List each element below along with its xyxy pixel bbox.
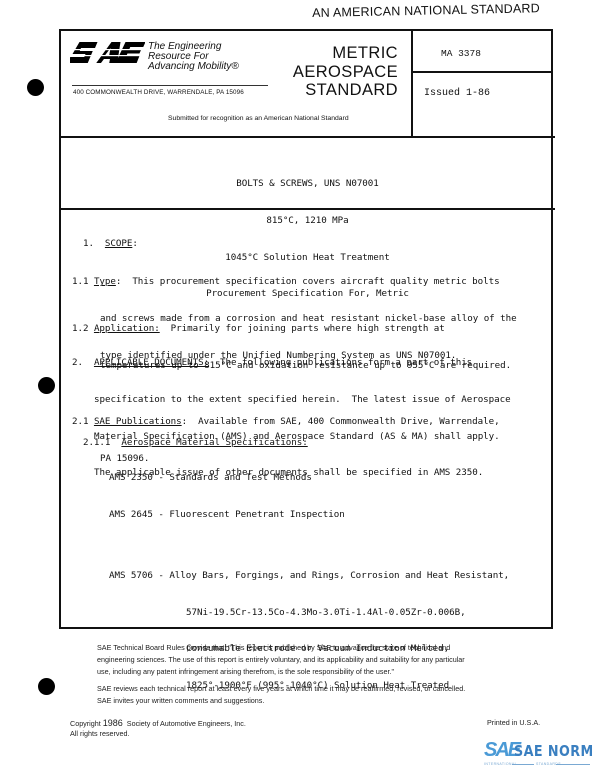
tagline-line: Advancing Mobility® bbox=[148, 62, 239, 72]
section-2-1-1: 2.1.1 Aerospace Material Specifications: bbox=[72, 425, 308, 449]
issued-date: Issued 1-86 bbox=[424, 88, 490, 99]
docnum-divider bbox=[412, 71, 553, 73]
watermark-rule bbox=[512, 764, 534, 765]
copyright: Copyright 1986 Society of Automotive Eng… bbox=[70, 718, 246, 728]
notice-line: engineering sciences. The use of this re… bbox=[97, 654, 527, 666]
header-vertical-divider bbox=[411, 29, 413, 137]
standard-type-line: METRIC bbox=[280, 44, 398, 63]
review-notice: SAE reviews each technical report at lea… bbox=[97, 683, 527, 707]
notice-line: SAE Technical Board Rules provide that: … bbox=[97, 642, 527, 654]
sae-norm-watermark: SAE SAE NORM INTERNATIONAL STANDARDS bbox=[484, 740, 519, 760]
document-number: MA 3378 bbox=[441, 48, 481, 59]
section-heading: Aerospace Material Specifications: bbox=[121, 437, 307, 448]
ams-code: AMS 2645 bbox=[109, 509, 153, 520]
sae-address: 400 COMMONWEALTH DRIVE, WARRENDALE, PA 1… bbox=[73, 89, 244, 96]
section-heading: SCOPE bbox=[105, 238, 132, 249]
ams-desc: Alloy Bars, Forgings, and Rings, Corrosi… bbox=[169, 570, 509, 581]
notice-line: SAE invites your written comments and su… bbox=[97, 695, 527, 707]
section-number: 1. bbox=[83, 238, 94, 249]
section-heading: Type bbox=[94, 276, 116, 287]
watermark-rule bbox=[556, 764, 590, 765]
binder-hole-middle bbox=[38, 377, 55, 394]
address-rule bbox=[72, 85, 268, 86]
title-line: 815°C, 1210 MPa bbox=[100, 215, 515, 227]
ams-item: AMS 2645 - Fluorescent Penetrant Inspect… bbox=[109, 509, 509, 521]
section-number: 2.1.1 bbox=[83, 437, 110, 448]
section-1-heading: 1. SCOPE: bbox=[72, 226, 138, 250]
notice-line: SAE reviews each technical report at lea… bbox=[97, 683, 527, 695]
notice-line: use, including any patent infringement a… bbox=[97, 666, 527, 678]
copyright-year: 1986 bbox=[103, 718, 123, 728]
printed-in: Printed in U.S.A. bbox=[487, 718, 540, 727]
technical-board-notice: SAE Technical Board Rules provide that: … bbox=[97, 642, 527, 678]
ams-code: AMS 2350 bbox=[109, 472, 153, 483]
ams-code: AMS 5706 bbox=[109, 570, 153, 581]
ams-desc: Standards and Test Methods bbox=[169, 472, 312, 483]
section-number: 2. bbox=[72, 357, 83, 368]
standard-type-line: AEROSPACE bbox=[280, 63, 398, 82]
sae-logo-icon bbox=[70, 40, 145, 74]
copyright-org: Society of Automotive Engineers, Inc. bbox=[127, 719, 246, 728]
binder-hole-top bbox=[27, 79, 44, 96]
american-national-standard-banner: AN AMERICAN NATIONAL STANDARD bbox=[312, 1, 540, 20]
sae-tagline: The Engineering Resource For Advancing M… bbox=[148, 42, 239, 72]
all-rights-reserved: All rights reserved. bbox=[70, 729, 130, 738]
standard-type: METRIC AEROSPACE STANDARD bbox=[280, 44, 398, 100]
binder-hole-bottom bbox=[38, 678, 55, 695]
title-line: BOLTS & SCREWS, UNS N07001 bbox=[100, 178, 515, 190]
sae-logo bbox=[70, 40, 145, 74]
heading-suffix: : bbox=[132, 238, 137, 249]
paragraph-line: : This procurement specification covers … bbox=[116, 276, 500, 287]
header-divider bbox=[59, 136, 555, 138]
section-heading: APPLICABLE DOCUMENTS: bbox=[94, 357, 209, 368]
ams-item: AMS 2350 - Standards and Test Methods bbox=[109, 472, 509, 484]
copyright-prefix: Copyright bbox=[70, 719, 101, 728]
paragraph-line: The following publications form a part o… bbox=[209, 357, 472, 368]
submitted-note: Submitted for recognition as an American… bbox=[168, 115, 349, 122]
watermark-text: SAE NORM bbox=[514, 742, 594, 760]
standard-type-line: STANDARD bbox=[280, 81, 398, 100]
ams-desc: 57Ni-19.5Cr-13.5Co-4.3Mo-3.0Ti-1.4Al-0.0… bbox=[109, 607, 509, 619]
section-number: 1.1 bbox=[72, 276, 88, 287]
ams-desc: Fluorescent Penetrant Inspection bbox=[169, 509, 344, 520]
